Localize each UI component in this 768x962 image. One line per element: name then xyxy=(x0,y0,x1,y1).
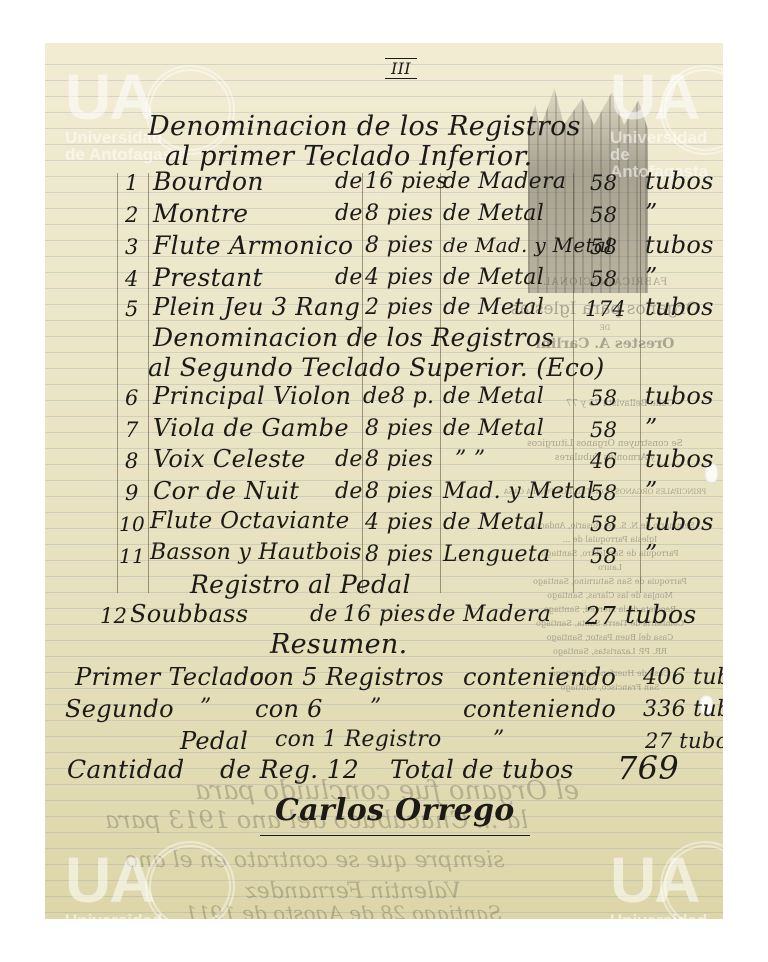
register-size: 8 pies xyxy=(365,479,433,504)
summary-heading: Resumen. xyxy=(270,629,408,660)
register-de: de xyxy=(335,169,363,194)
register-size: 8 pies xyxy=(365,201,433,226)
register-count: 174 xyxy=(585,297,626,321)
register-number: 9 xyxy=(125,481,139,505)
register-de: de xyxy=(335,447,363,472)
register-name: Prestant xyxy=(153,263,263,292)
letterhead-list-item: Monjas de las Claras, Santiago xyxy=(500,591,720,600)
register-size: 8 pies xyxy=(365,416,433,441)
register-number: 3 xyxy=(125,235,139,259)
signature-underline xyxy=(260,835,530,836)
register-name: Principal Violon xyxy=(153,382,351,410)
register-de: de xyxy=(335,201,363,226)
register-unit: tubos xyxy=(645,231,714,259)
register-number: 10 xyxy=(119,512,145,536)
register-size: 2 pies xyxy=(365,295,433,320)
register-name: Montre xyxy=(153,199,248,228)
summary-label: Segundo xyxy=(65,695,174,723)
register-count: 58 xyxy=(590,386,617,410)
register-number: 5 xyxy=(125,297,139,321)
register-unit: tubos xyxy=(625,600,697,629)
summary-ditto: ” xyxy=(200,695,212,720)
register-count: 58 xyxy=(590,267,617,291)
register-unit: ” xyxy=(645,414,658,442)
register-number: 12 xyxy=(100,604,127,628)
register-material: de Metal xyxy=(443,510,544,535)
summary-registers: con 1 Registro xyxy=(275,727,442,752)
register-unit: ” xyxy=(645,540,658,568)
register-material: de Metal xyxy=(443,265,544,290)
total-registers: de Reg. 12 xyxy=(220,755,359,784)
register-material: de Metal xyxy=(443,201,544,226)
register-unit: tubos xyxy=(645,382,714,410)
register-material: de Madera xyxy=(443,169,566,194)
register-count: 58 xyxy=(590,512,617,536)
summary-registers: con 5 Registros xyxy=(250,663,444,691)
total-label: Cantidad xyxy=(67,755,185,784)
signature: Carlos Orrego xyxy=(275,793,515,828)
register-count: 58 xyxy=(590,481,617,505)
register-name: Flute Octaviante xyxy=(150,508,350,534)
register-number: 4 xyxy=(125,267,139,291)
register-name: Soubbass xyxy=(130,600,248,628)
register-de: de xyxy=(310,602,338,627)
register-count: 58 xyxy=(590,235,617,259)
register-size: 16 pies xyxy=(365,169,448,194)
letterhead-list-item: RR. PP. Lazaristas, Santiago xyxy=(500,647,720,656)
register-size: 4 pies xyxy=(365,265,433,290)
register-de: de xyxy=(335,479,363,504)
register-size: 8 pies xyxy=(365,542,433,567)
register-material: Mad. y Metal xyxy=(443,479,594,504)
register-material: de Metal xyxy=(443,295,544,320)
column-rule xyxy=(148,173,149,593)
register-size: 4 pies xyxy=(365,510,433,535)
bleed-through-text: Santiago 28 de Agosto de 1911 xyxy=(185,901,502,919)
column-rule xyxy=(117,173,118,593)
register-number: 1 xyxy=(125,171,139,195)
summary-ditto: ” xyxy=(370,695,382,720)
column-rule xyxy=(440,173,441,593)
register-material: de Madera xyxy=(428,602,551,627)
letterhead-list-item: Parroquia de San Saturnino, Santiago xyxy=(500,577,720,586)
register-de: de xyxy=(363,384,391,409)
section-heading: al Segundo Teclado Superior. (Eco) xyxy=(148,353,605,382)
register-de: de xyxy=(335,265,363,290)
register-unit: ” xyxy=(645,199,658,227)
column-rule xyxy=(362,173,363,593)
summary-contenido: conteniendo xyxy=(463,695,616,723)
register-name: Voix Celeste xyxy=(153,445,306,473)
section-heading: Denominacion de los Registros xyxy=(148,111,581,142)
register-size: 8 pies xyxy=(365,233,433,258)
section-heading: Registro al Pedal xyxy=(190,570,411,599)
register-unit: tubos xyxy=(645,167,714,195)
register-count: 58 xyxy=(590,418,617,442)
register-material: de Mad. y Metal xyxy=(443,233,613,257)
column-rule xyxy=(640,173,641,593)
register-number: 2 xyxy=(125,203,139,227)
register-unit: ” xyxy=(645,477,658,505)
total-tubes-value: 769 xyxy=(617,749,679,787)
summary-contenido: conteniendo xyxy=(463,663,616,691)
register-material: ” ” xyxy=(455,447,485,472)
register-name: Cor de Nuit xyxy=(153,477,299,505)
register-material: Lengueta xyxy=(443,542,550,567)
register-unit: ” xyxy=(645,263,658,291)
register-number: 6 xyxy=(125,386,139,410)
register-size: 8 pies xyxy=(365,447,433,472)
register-material: de Metal xyxy=(443,384,544,409)
register-unit: tubos xyxy=(645,293,714,321)
summary-registers: con 6 xyxy=(255,695,323,723)
register-name: Basson y Hautbois xyxy=(150,540,362,565)
register-count: 46 xyxy=(590,449,617,473)
register-name: Bourdon xyxy=(153,167,264,196)
document-page: FABRICA NACIONAL Organos para Iglesias D… xyxy=(45,43,723,919)
summary-value: 406 tubos xyxy=(643,665,723,690)
section-heading: Denominacion de los Registros xyxy=(153,323,554,352)
register-material: de Metal xyxy=(443,416,544,441)
register-size: 16 pies xyxy=(343,602,426,627)
register-unit: tubos xyxy=(645,445,714,473)
register-name: Flute Armonico xyxy=(153,231,353,260)
register-count: 58 xyxy=(590,203,617,227)
register-count: 58 xyxy=(590,171,617,195)
register-number: 11 xyxy=(119,544,145,568)
register-size: 8 p. xyxy=(391,384,434,409)
letterhead-list-item: Casa del Buen Pastor, Santiago xyxy=(500,633,720,642)
page-number: III xyxy=(385,58,417,79)
register-count: 27 xyxy=(585,602,616,630)
register-number: 8 xyxy=(125,449,139,473)
register-name: Viola de Gambe xyxy=(153,414,349,442)
register-name: Plein Jeu 3 Rang xyxy=(153,293,360,321)
summary-ditto: ” xyxy=(493,727,505,752)
total-tubes-label: Total de tubos xyxy=(390,755,574,784)
register-number: 7 xyxy=(125,418,139,442)
register-count: 58 xyxy=(590,544,617,568)
summary-label: Primer Teclado xyxy=(75,663,264,691)
summary-value: 336 tubos xyxy=(643,697,723,722)
summary-label: Pedal xyxy=(180,727,248,755)
register-unit: tubos xyxy=(645,508,714,536)
